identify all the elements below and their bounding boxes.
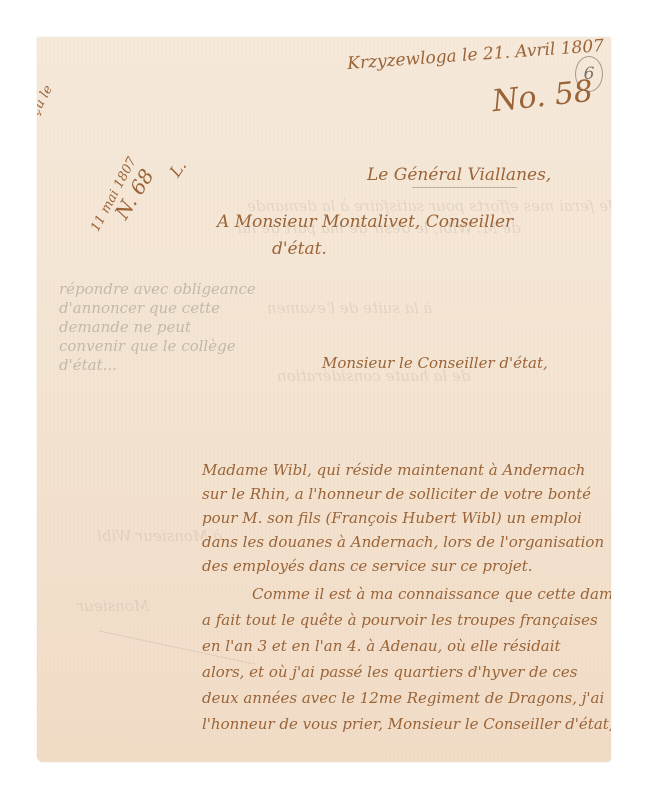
- body-line: Madame Wibl, qui réside maintenant à And…: [202, 461, 585, 479]
- sender-title: Le Général Viallanes,: [367, 165, 551, 185]
- margin-note: Reçu le: [55, 102, 91, 152]
- margin-note-suffix: L.: [166, 157, 191, 181]
- body-line: pour M. son fils (François Hubert Wibl) …: [202, 509, 582, 527]
- place-date: Krzyzewloga le 21. Avril 1807: [347, 37, 605, 74]
- divider-rule: [412, 187, 517, 188]
- body-line: en l'an 3 et en l'an 4. à Adenau, où ell…: [202, 637, 561, 655]
- body-line: l'honneur de vous prier, Monsieur le Con…: [202, 715, 611, 733]
- letter-number: No. 58: [490, 74, 594, 119]
- pencil-note-line: d'état...: [59, 356, 117, 374]
- pencil-note-line: demande ne peut: [59, 318, 191, 336]
- body-line: deux années avec le 12me Regiment de Dra…: [202, 689, 604, 707]
- bleed-through-text: Monsieur: [77, 597, 149, 615]
- letter-page: Je ferai mes efforts pour satisfaire à l…: [37, 37, 611, 762]
- recipient-line-1: A Monsieur Montalivet, Conseiller: [217, 212, 513, 232]
- pencil-note-line: d'annoncer que cette: [59, 299, 220, 317]
- pencil-note-line: convenir que le collège: [59, 337, 236, 355]
- body-line: dans les douanes à Andernach, lors de l'…: [202, 533, 604, 551]
- margin-note-received: Reçu le: [37, 83, 56, 133]
- body-line: a fait tout le quête à pourvoir les trou…: [202, 611, 598, 629]
- body-line: Comme il est à ma connaissance que cette…: [252, 585, 611, 603]
- recipient-line-2: d'état.: [272, 239, 327, 259]
- salutation: Monsieur le Conseiller d'état,: [322, 354, 548, 372]
- body-line: alors, et où j'ai passé les quartiers d'…: [202, 663, 577, 681]
- body-line: des employés dans ce service sur ce proj…: [202, 557, 533, 575]
- pencil-note-line: répondre avec obligeance: [59, 280, 256, 298]
- bleed-through-text: à la suite de l'examen: [267, 299, 432, 317]
- body-line: sur le Rhin, a l'honneur de solliciter d…: [202, 485, 591, 503]
